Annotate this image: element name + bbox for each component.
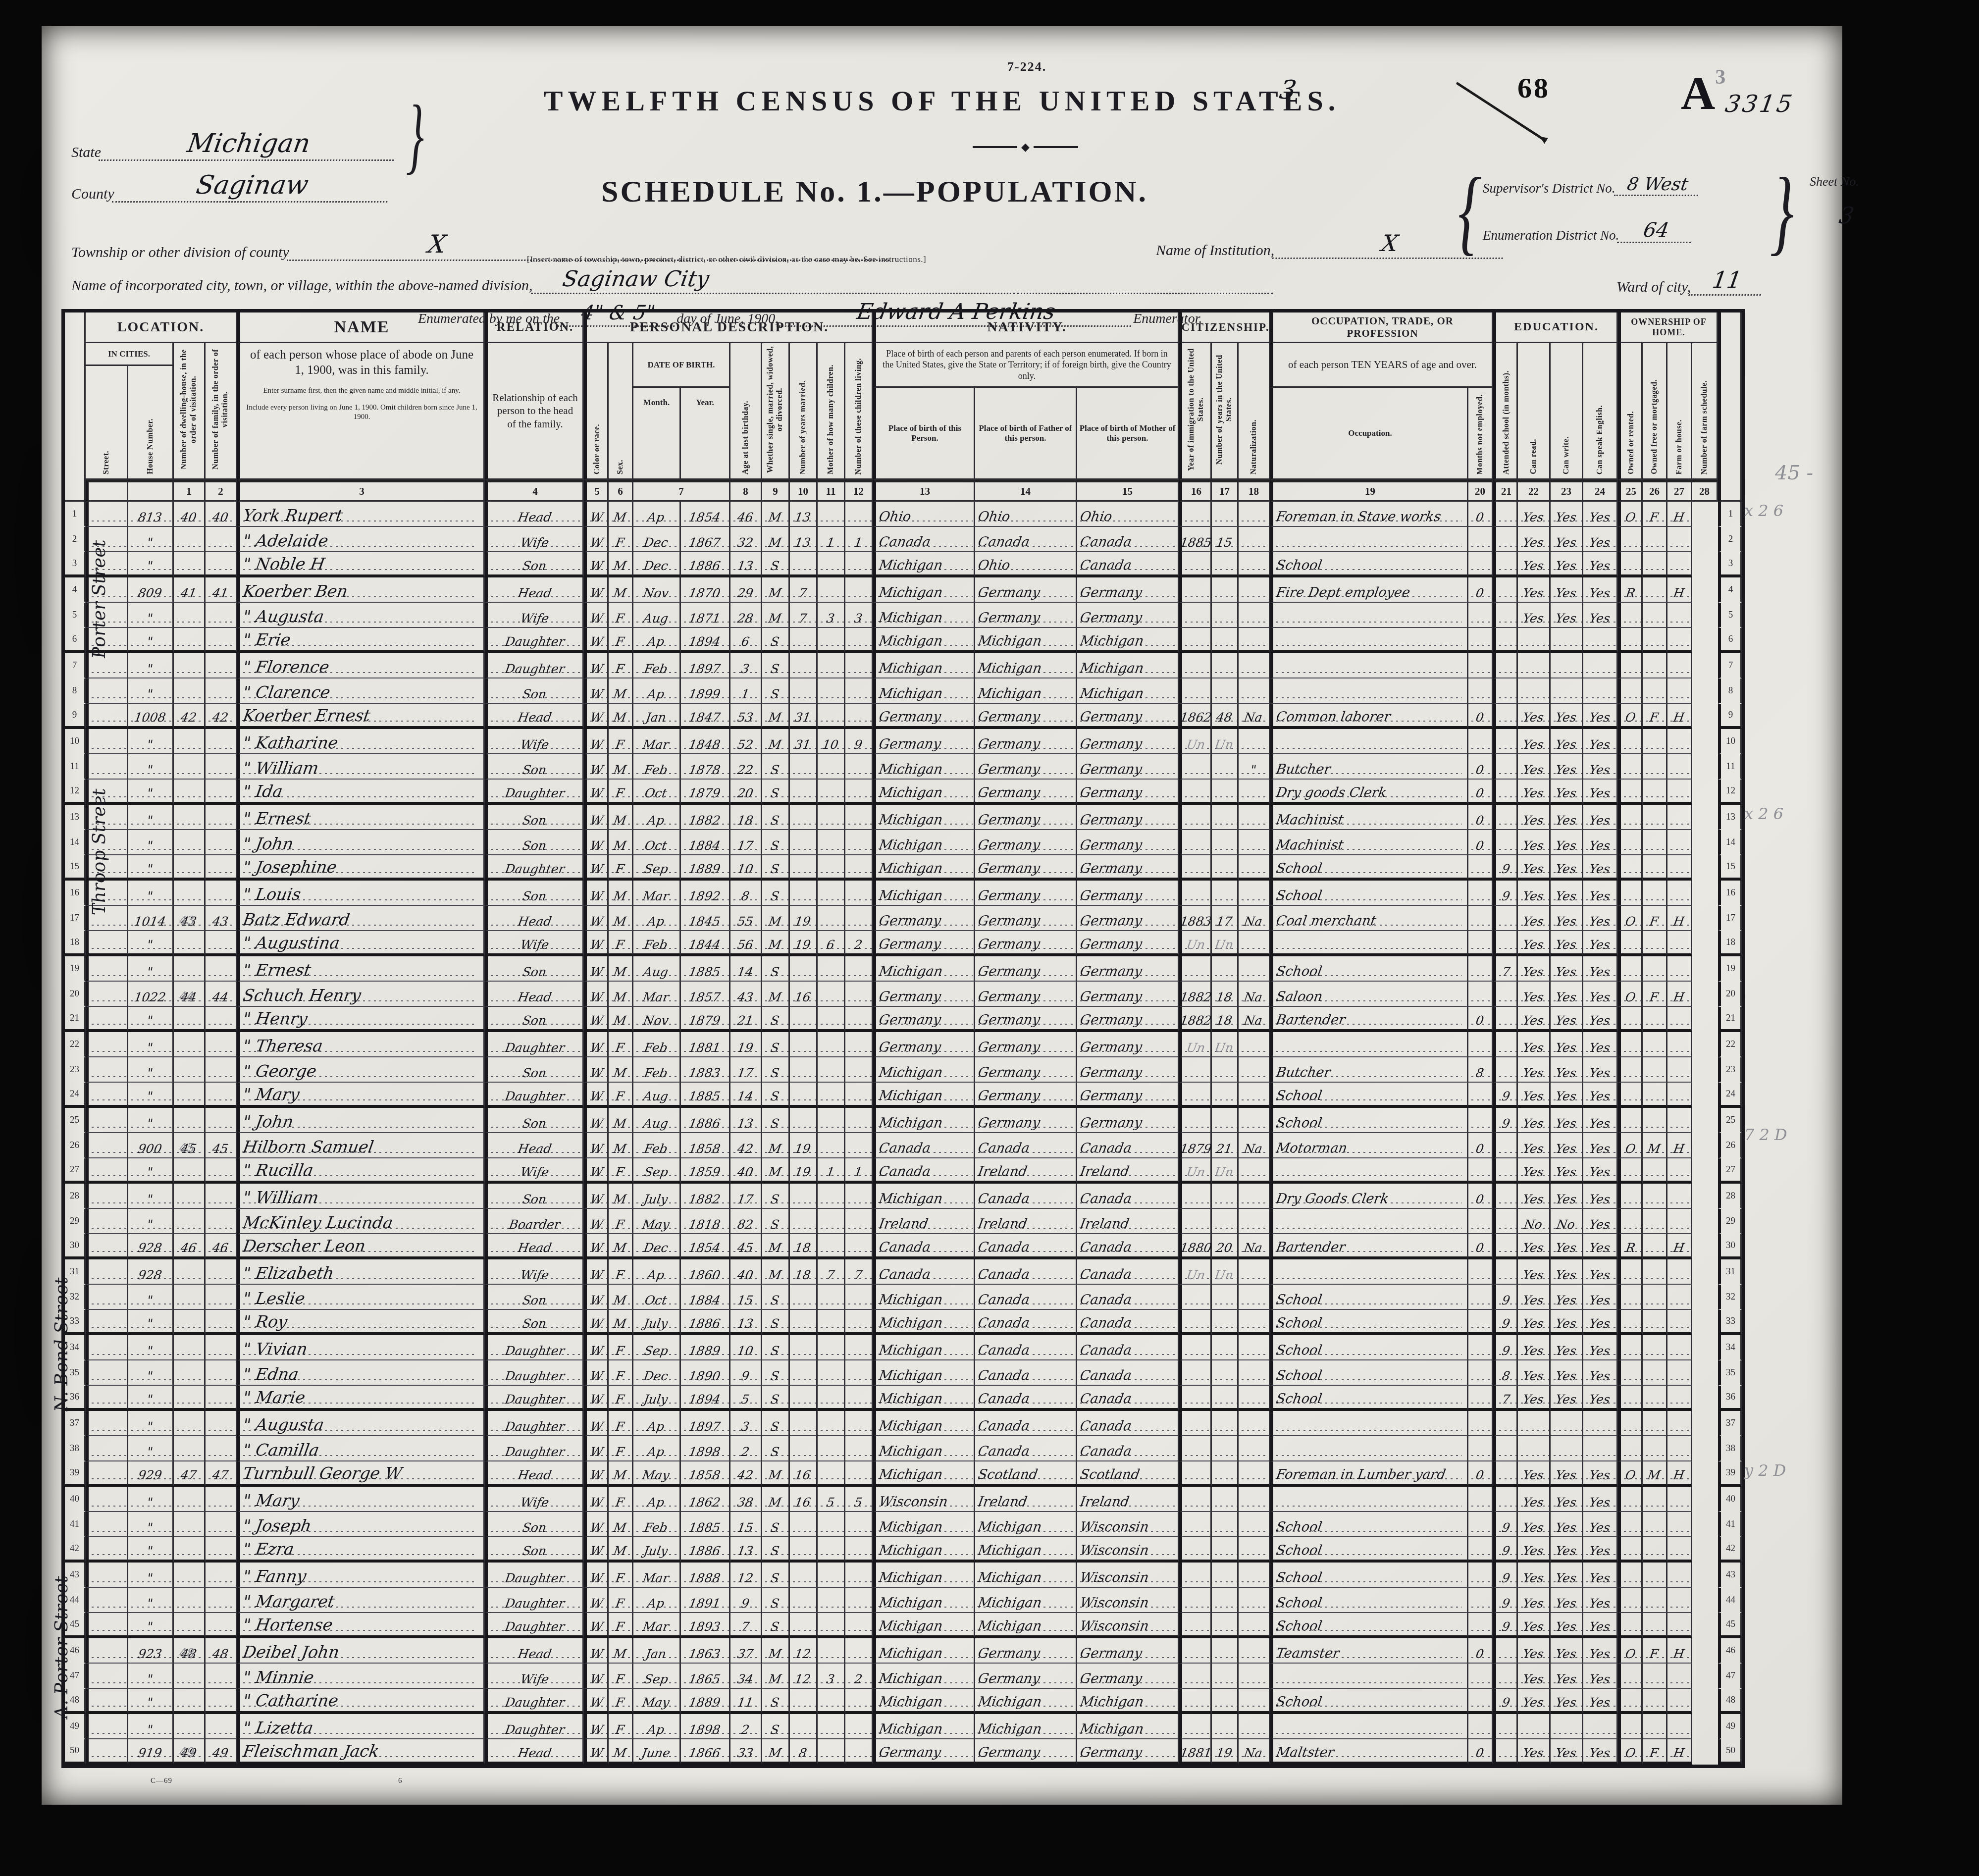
family: [206, 1563, 237, 1588]
sex: M: [609, 678, 633, 704]
years-in-us: [1212, 577, 1239, 603]
mother-of: 7: [818, 1259, 845, 1285]
birth-year: 1885: [681, 1083, 730, 1108]
pob-father: Ohio: [975, 552, 1077, 577]
street: [86, 1411, 128, 1436]
row-number-left: 44: [65, 1588, 86, 1613]
can-speak-english: Yes: [1583, 1461, 1618, 1487]
children-living: [845, 1083, 873, 1108]
mother-of: [818, 1335, 845, 1360]
family: [206, 1083, 237, 1108]
col-header-name-desc: of each person whose place of abode on J…: [237, 343, 485, 480]
years-married: 12: [790, 1638, 818, 1664]
can-read: Yes: [1518, 527, 1551, 552]
marital: S: [762, 956, 790, 982]
free-mortgaged: [1643, 881, 1667, 906]
children-living: [845, 906, 873, 931]
years-in-us: [1212, 628, 1239, 653]
naturalization: [1239, 1411, 1270, 1436]
street: [86, 577, 128, 603]
years-in-us: [1212, 1335, 1239, 1360]
marital: S: [762, 830, 790, 855]
name: " Ezra: [237, 1537, 485, 1563]
immigration-year: 1882: [1179, 1007, 1212, 1032]
name: " Mary: [237, 1083, 485, 1108]
house: ": [128, 754, 174, 780]
relation: Son: [485, 1007, 584, 1032]
street: [86, 1310, 128, 1335]
col-number: 4: [485, 480, 584, 502]
months-not-employed: 0: [1468, 704, 1493, 729]
years-married: 31: [790, 729, 818, 754]
birth-month: Ap: [633, 1411, 681, 1436]
col-number: 26: [1643, 480, 1667, 502]
farm-house: [1667, 1259, 1692, 1285]
owned-rented: [1618, 1563, 1643, 1588]
dwelling: 42: [174, 704, 206, 729]
can-speak-english: Yes: [1583, 754, 1618, 780]
pob-mother: Canada: [1077, 1411, 1179, 1436]
row-number-right: 4: [1718, 577, 1742, 603]
age: 2: [730, 1436, 762, 1461]
age: 42: [730, 1133, 762, 1158]
birth-month: Feb: [633, 754, 681, 780]
months-not-employed: [1468, 603, 1493, 628]
dwelling: [174, 1259, 206, 1285]
color: W: [584, 1487, 609, 1512]
school-months: [1493, 552, 1518, 577]
birth-year: 1894: [681, 628, 730, 653]
row-number-right: 38: [1718, 1436, 1742, 1461]
occupation: [1270, 628, 1468, 653]
years-married: 18: [790, 1234, 818, 1259]
row-number-right: 32: [1718, 1285, 1742, 1310]
naturalization: [1239, 780, 1270, 805]
name: " George: [237, 1057, 485, 1083]
can-speak-english: Yes: [1583, 855, 1618, 881]
row-number-left: 42: [65, 1537, 86, 1563]
school-months: 9: [1493, 1613, 1518, 1638]
row-number-left: 46: [65, 1638, 86, 1664]
row-number-left: 34: [65, 1335, 86, 1360]
house: ": [128, 1512, 174, 1537]
pob: Germany: [873, 982, 975, 1007]
birth-month: July: [633, 1310, 681, 1335]
mother-of: [818, 1563, 845, 1588]
pob-father: Ireland: [975, 1209, 1077, 1234]
can-write: Yes: [1551, 1537, 1583, 1563]
name: " Augustina: [237, 931, 485, 956]
children-living: [845, 1638, 873, 1664]
row-number-right: 26: [1718, 1133, 1742, 1158]
relation: Son: [485, 1285, 584, 1310]
sex: F: [609, 527, 633, 552]
col-header-immigration-year: Year of immigration to the United States…: [1179, 343, 1212, 480]
name: " Theresa: [237, 1032, 485, 1057]
owned-rented: R: [1618, 577, 1643, 603]
sex: M: [609, 1285, 633, 1310]
sex: F: [609, 1360, 633, 1386]
years-married: [790, 1209, 818, 1234]
free-mortgaged: [1643, 653, 1667, 678]
birth-year: 1857: [681, 982, 730, 1007]
supervisor-district: Supervisor's District No. 8 West: [1483, 174, 1810, 196]
name: " Clarence: [237, 678, 485, 704]
state-line: State Michigan }: [71, 110, 424, 161]
birth-year: 1867: [681, 527, 730, 552]
sex: F: [609, 1032, 633, 1057]
relation: Daughter: [485, 1386, 584, 1411]
months-not-employed: [1468, 1386, 1493, 1411]
mother-of: 3: [818, 1664, 845, 1689]
street: [86, 1184, 128, 1209]
marital: S: [762, 1436, 790, 1461]
age: 5: [730, 1386, 762, 1411]
pencil-correction: 44: [179, 990, 195, 1003]
margin-pencil-note: x 2 6: [1744, 501, 1783, 520]
immigration-year: 1880: [1179, 1234, 1212, 1259]
school-months: [1493, 1184, 1518, 1209]
school-months: [1493, 1739, 1518, 1765]
dwelling: 4444: [174, 982, 206, 1007]
free-mortgaged: [1643, 1007, 1667, 1032]
row-number-left: 23: [65, 1057, 86, 1083]
birth-year: 1871: [681, 603, 730, 628]
street: [86, 1714, 128, 1739]
birth-year: 1898: [681, 1436, 730, 1461]
years-in-us: [1212, 1537, 1239, 1563]
relation: Son: [485, 805, 584, 830]
family: 47: [206, 1461, 237, 1487]
relation: Son: [485, 754, 584, 780]
years-in-us: [1212, 855, 1239, 881]
col-group-location: LOCATION.: [86, 313, 237, 343]
age: 10: [730, 1335, 762, 1360]
pob-mother: Michigan: [1077, 1689, 1179, 1714]
pob-father: Ohio: [975, 502, 1077, 527]
farm-house: [1667, 855, 1692, 881]
sex: M: [609, 1512, 633, 1537]
can-speak-english: Yes: [1583, 1613, 1618, 1638]
street: [86, 780, 128, 805]
can-write: [1551, 1411, 1583, 1436]
pob-mother: Germany: [1077, 603, 1179, 628]
color: W: [584, 855, 609, 881]
pob: Michigan: [873, 956, 975, 982]
owned-rented: [1618, 754, 1643, 780]
family: 46: [206, 1234, 237, 1259]
house: ": [128, 1007, 174, 1032]
age: 52: [730, 729, 762, 754]
birth-month: Ap: [633, 1436, 681, 1461]
house: 1022: [128, 982, 174, 1007]
col-header-color-race: Color or race.: [584, 343, 609, 480]
pob-father: Germany: [975, 780, 1077, 805]
years-married: 16: [790, 982, 818, 1007]
row-number-left: 17: [65, 906, 86, 931]
can-write: Yes: [1551, 881, 1583, 906]
free-mortgaged: [1643, 1108, 1667, 1133]
pob-father: Germany: [975, 1032, 1077, 1057]
census-table: LOCATION. NAME RELATION. PERSONAL DESCRI…: [61, 309, 1745, 1768]
occupation: [1270, 527, 1468, 552]
immigration-year: [1179, 1563, 1212, 1588]
birth-month: Sep: [633, 1158, 681, 1184]
col-header-can-read: Can read.: [1518, 343, 1551, 480]
months-not-employed: [1468, 1335, 1493, 1360]
owned-rented: [1618, 1664, 1643, 1689]
family: [206, 1588, 237, 1613]
children-living: [845, 1689, 873, 1714]
family: [206, 729, 237, 754]
farm-house: H: [1667, 906, 1692, 931]
relation: Wife: [485, 1487, 584, 1512]
pob-mother: Ireland: [1077, 1209, 1179, 1234]
row-number-left: 1: [65, 502, 86, 527]
marital: S: [762, 1588, 790, 1613]
birth-month: Feb: [633, 653, 681, 678]
pob: Ireland: [873, 1209, 975, 1234]
farm-house: H: [1667, 1461, 1692, 1487]
marital: M: [762, 1638, 790, 1664]
immigration-year: [1179, 603, 1212, 628]
children-living: [845, 628, 873, 653]
birth-month: Ap: [633, 906, 681, 931]
row-number-right: 28: [1718, 1184, 1742, 1209]
occupation: [1270, 1436, 1468, 1461]
row-number-right: 13: [1718, 805, 1742, 830]
name: " Catharine: [237, 1689, 485, 1714]
mother-of: [818, 1714, 845, 1739]
children-living: [845, 1461, 873, 1487]
immigration-year: [1179, 1057, 1212, 1083]
immigration-year: [1179, 855, 1212, 881]
farm-house: [1667, 1512, 1692, 1537]
color: W: [584, 881, 609, 906]
pencil-correction: 49: [179, 1745, 195, 1759]
can-speak-english: Yes: [1583, 603, 1618, 628]
months-not-employed: [1468, 1563, 1493, 1588]
pob: Michigan: [873, 1588, 975, 1613]
name: " Marie: [237, 1386, 485, 1411]
birth-month: Oct: [633, 780, 681, 805]
months-not-employed: [1468, 982, 1493, 1007]
pob-mother: Germany: [1077, 830, 1179, 855]
owned-rented: [1618, 1285, 1643, 1310]
pob: Michigan: [873, 628, 975, 653]
children-living: [845, 678, 873, 704]
mother-of: [818, 577, 845, 603]
years-in-us: [1212, 1108, 1239, 1133]
color: W: [584, 754, 609, 780]
immigration-year: [1179, 1386, 1212, 1411]
house: ": [128, 1588, 174, 1613]
col-number: 6: [609, 480, 633, 502]
children-living: [845, 1436, 873, 1461]
name: Turnbull George W: [237, 1461, 485, 1487]
children-living: [845, 1209, 873, 1234]
naturalization: [1239, 1184, 1270, 1209]
marital: S: [762, 881, 790, 906]
can-speak-english: Yes: [1583, 805, 1618, 830]
months-not-employed: 0: [1468, 1184, 1493, 1209]
col-header-occupation: Occupation.: [1270, 388, 1468, 480]
pob: Michigan: [873, 1563, 975, 1588]
marital: M: [762, 729, 790, 754]
free-mortgaged: [1643, 754, 1667, 780]
relation: Daughter: [485, 1714, 584, 1739]
months-not-employed: 0: [1468, 830, 1493, 855]
age: 13: [730, 1537, 762, 1563]
street: [86, 855, 128, 881]
years-married: [790, 956, 818, 982]
years-in-us: Un: [1212, 1158, 1239, 1184]
sheet-number-box: Sheet No. 3: [1810, 174, 1963, 229]
months-not-employed: [1468, 1613, 1493, 1638]
birth-month: Aug: [633, 1083, 681, 1108]
occupation: Motorman: [1270, 1133, 1468, 1158]
name: " Ida: [237, 780, 485, 805]
color: W: [584, 653, 609, 678]
col-header-can-write: Can write.: [1551, 343, 1583, 480]
months-not-employed: [1468, 931, 1493, 956]
pob-father: Michigan: [975, 1563, 1077, 1588]
free-mortgaged: [1643, 1335, 1667, 1360]
pob: Michigan: [873, 1184, 975, 1209]
owned-rented: [1618, 1512, 1643, 1537]
school-months: [1493, 603, 1518, 628]
occupation: [1270, 1411, 1468, 1436]
birth-year: 1894: [681, 1386, 730, 1411]
naturalization: [1239, 1259, 1270, 1285]
dwelling: [174, 1335, 206, 1360]
marital: S: [762, 552, 790, 577]
marital: M: [762, 931, 790, 956]
pob: Germany: [873, 704, 975, 729]
mother-of: [818, 1184, 845, 1209]
farm-house: [1667, 1436, 1692, 1461]
years-in-us: [1212, 1411, 1239, 1436]
birth-month: July: [633, 1386, 681, 1411]
row-number-left: 32: [65, 1285, 86, 1310]
birth-year: 1866: [681, 1739, 730, 1765]
mother-of: [818, 502, 845, 527]
row-number-left: 3: [65, 552, 86, 577]
col-header-house-number: House Number.: [128, 366, 174, 480]
pob-father: Ireland: [975, 1487, 1077, 1512]
row-number-right: 3: [1718, 552, 1742, 577]
birth-year: 1882: [681, 805, 730, 830]
dwelling: [174, 1512, 206, 1537]
sex: M: [609, 1007, 633, 1032]
naturalization: [1239, 1664, 1270, 1689]
county-line: County Saginaw: [71, 170, 390, 203]
birth-year: 1893: [681, 1613, 730, 1638]
family: [206, 678, 237, 704]
can-read: Yes: [1518, 1360, 1551, 1386]
school-months: [1493, 678, 1518, 704]
house: ": [128, 881, 174, 906]
row-number-left: 8: [65, 678, 86, 704]
years-married: [790, 1537, 818, 1563]
pob-mother: Germany: [1077, 704, 1179, 729]
pob-father: Germany: [975, 1057, 1077, 1083]
row-number-left: 47: [65, 1664, 86, 1689]
birth-month: Ap: [633, 805, 681, 830]
marital: M: [762, 704, 790, 729]
pob-father: Michigan: [975, 653, 1077, 678]
mother-of: [818, 1411, 845, 1436]
school-months: [1493, 729, 1518, 754]
mother-of: 3: [818, 603, 845, 628]
dwelling: [174, 780, 206, 805]
col-header-sex: Sex.: [609, 343, 633, 480]
free-mortgaged: M: [1643, 1461, 1667, 1487]
occupation: School: [1270, 1537, 1468, 1563]
owned-rented: [1618, 1588, 1643, 1613]
birth-month: Mar: [633, 881, 681, 906]
dwelling: [174, 1310, 206, 1335]
row-number-left: 31: [65, 1259, 86, 1285]
naturalization: [1239, 1057, 1270, 1083]
name: " Florence: [237, 653, 485, 678]
dwelling: [174, 1285, 206, 1310]
pob-mother: Germany: [1077, 1083, 1179, 1108]
can-write: Yes: [1551, 1613, 1583, 1638]
occupation: [1270, 931, 1468, 956]
color: W: [584, 780, 609, 805]
name: " Ernest: [237, 956, 485, 982]
can-read: Yes: [1518, 805, 1551, 830]
naturalization: Na: [1239, 1133, 1270, 1158]
can-write: Yes: [1551, 1664, 1583, 1689]
school-months: 7: [1493, 956, 1518, 982]
free-mortgaged: [1643, 956, 1667, 982]
col-header-mother-of: Mother of how many children.: [818, 343, 845, 480]
naturalization: [1239, 552, 1270, 577]
school-months: [1493, 1234, 1518, 1259]
relation: Daughter: [485, 1436, 584, 1461]
mother-of: [818, 552, 845, 577]
street: [86, 1638, 128, 1664]
age: 82: [730, 1209, 762, 1234]
can-read: Yes: [1518, 754, 1551, 780]
pob: Canada: [873, 1234, 975, 1259]
birth-month: June: [633, 1739, 681, 1765]
years-married: 19: [790, 906, 818, 931]
pob: Michigan: [873, 1285, 975, 1310]
name: Fleischman Jack: [237, 1739, 485, 1765]
pob-father: Germany: [975, 1638, 1077, 1664]
free-mortgaged: F: [1643, 906, 1667, 931]
family: [206, 603, 237, 628]
can-speak-english: Yes: [1583, 1007, 1618, 1032]
pob: Canada: [873, 1259, 975, 1285]
col-header-years-married: Number of years married.: [790, 343, 818, 480]
free-mortgaged: [1643, 855, 1667, 881]
row-number-right: 46: [1718, 1638, 1742, 1664]
name: " John: [237, 1108, 485, 1133]
months-not-employed: 0: [1468, 1133, 1493, 1158]
school-months: [1493, 1638, 1518, 1664]
birth-year: 1885: [681, 1512, 730, 1537]
years-married: [790, 552, 818, 577]
owned-rented: [1618, 855, 1643, 881]
family: [206, 1335, 237, 1360]
row-number-right: 31: [1718, 1259, 1742, 1285]
free-mortgaged: [1643, 1664, 1667, 1689]
family: 45: [206, 1133, 237, 1158]
